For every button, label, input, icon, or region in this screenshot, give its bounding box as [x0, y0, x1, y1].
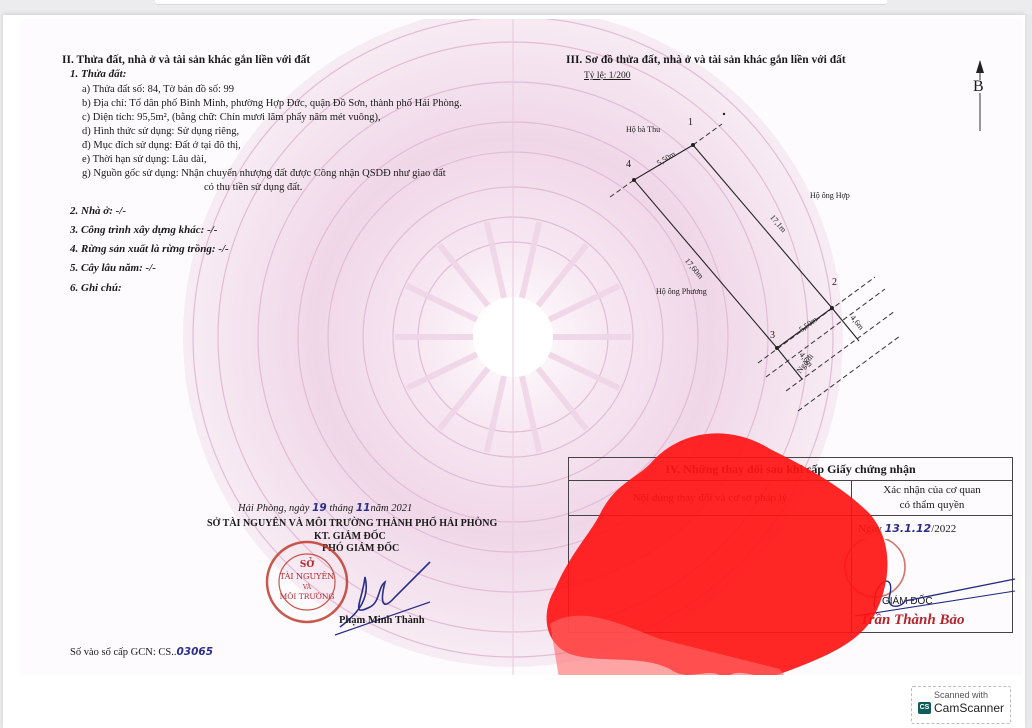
confirm-date-value: 13.1.12 — [885, 522, 932, 535]
issue-date: Hải Phòng, ngày 19 tháng 11năm 2021 — [238, 502, 412, 515]
top-toolbar — [0, 0, 1032, 14]
issue-year: năm 2021 — [371, 503, 413, 514]
neighbor-ong-phuong: Hộ ông Phương — [656, 285, 707, 298]
section-4-title: IV. Những thay đổi sau khi cấp Giấy chứn… — [569, 458, 1013, 481]
neighbor-ba-thu: Hộ bà Thu — [626, 123, 660, 136]
changes-col-header: Nội dung thay đổi và cơ sở pháp lý — [569, 481, 852, 516]
north-arrow-icon — [970, 57, 990, 137]
perennial-trees-item: 5. Cây lâu năm: -/- — [70, 262, 156, 275]
neighbor-ong-hop: Hộ ông Hợp — [810, 189, 850, 202]
camscanner-logo-icon: CS — [918, 702, 931, 714]
parcel-address: b) Địa chỉ: Tổ dân phố Bình Minh, phường… — [82, 97, 462, 110]
usage-form: d) Hình thức sử dụng: Sử dụng riêng, — [82, 125, 239, 138]
usage-origin-cont: có thu tiền sử dụng đất. — [204, 181, 302, 194]
production-forest-item: 4. Rừng sản xuất là rừng trồng: -/- — [70, 243, 229, 256]
north-label: B — [973, 80, 984, 93]
point-2: 2 — [832, 276, 837, 289]
changes-content-cell — [569, 516, 852, 633]
signature-right — [835, 539, 1022, 629]
issuing-agency: SỞ TÀI NGUYÊN VÀ MÔI TRƯỜNG THÀNH PHỐ HẢ… — [207, 517, 497, 530]
usage-term: e) Thời hạn sử dụng: Lâu dài, — [82, 153, 206, 166]
confirm-header-line1: Xác nhận của cơ quan — [858, 483, 1006, 498]
usage-origin: g) Nguồn gốc sử dụng: Nhận chuyển nhượng… — [82, 167, 446, 180]
registry-value: 03065 — [176, 646, 213, 658]
issue-month-prefix: tháng — [329, 503, 353, 514]
point-3: 3 — [770, 329, 775, 342]
confirm-header-line2: có thẩm quyền — [858, 498, 1006, 513]
section-3-title: III. Sơ đồ thửa đất, nhà ở và tài sản kh… — [566, 54, 846, 67]
registry-number: Số vào sổ cấp GCN: CS..03065 — [70, 646, 213, 659]
parcel-number: a) Thửa đất số: 84, Tờ bản đồ số: 99 — [82, 83, 234, 96]
issue-month: 11 — [356, 502, 371, 514]
land-certificate-page: II. Thửa đất, nhà ở và tài sản khác gắn … — [20, 19, 1022, 675]
north-arrow: B — [970, 57, 990, 137]
issue-day: 19 — [312, 502, 327, 514]
usage-purpose: đ) Mục đích sử dụng: Đất ở tại đô thị, — [82, 139, 241, 152]
point-4: 4 — [626, 158, 631, 171]
confirm-date: Ngày 13.1.12/2022 — [858, 522, 1006, 535]
left-signer-name: Phạm Minh Thành — [339, 614, 425, 627]
svg-text:SỞ: SỞ — [300, 557, 314, 570]
svg-text:VÀ: VÀ — [302, 584, 312, 591]
registry-label: Số vào sổ cấp GCN: CS.. — [70, 647, 176, 658]
issue-date-prefix: Hải Phòng, ngày — [238, 503, 309, 514]
other-construction-item: 3. Công trình xây dựng khác: -/- — [70, 224, 217, 237]
parcel-area: c) Diện tích: 95,5m², (bằng chữ: Chín mư… — [82, 111, 381, 124]
land-parcel-heading: 1. Thửa đất: — [70, 68, 126, 81]
section-2-title: II. Thửa đất, nhà ở và tài sản khác gắn … — [62, 54, 310, 67]
scanned-page: II. Thửa đất, nhà ở và tài sản khác gắn … — [3, 15, 1025, 728]
camscanner-brand: CS CamScanner — [912, 701, 1010, 715]
point-1: 1 — [688, 116, 693, 129]
house-item: 2. Nhà ở: -/- — [70, 205, 126, 218]
confirm-date-year: /2022 — [931, 523, 956, 535]
notes-item: 6. Ghi chú: — [70, 282, 122, 295]
confirm-col-header: Xác nhận của cơ quan có thẩm quyền — [852, 481, 1013, 516]
camscanner-badge: Scanned with CS CamScanner — [911, 686, 1011, 724]
camscanner-name: CamScanner — [934, 701, 1004, 715]
scanned-with-label: Scanned with — [912, 690, 1010, 700]
confirm-date-prefix: Ngày — [858, 523, 882, 535]
